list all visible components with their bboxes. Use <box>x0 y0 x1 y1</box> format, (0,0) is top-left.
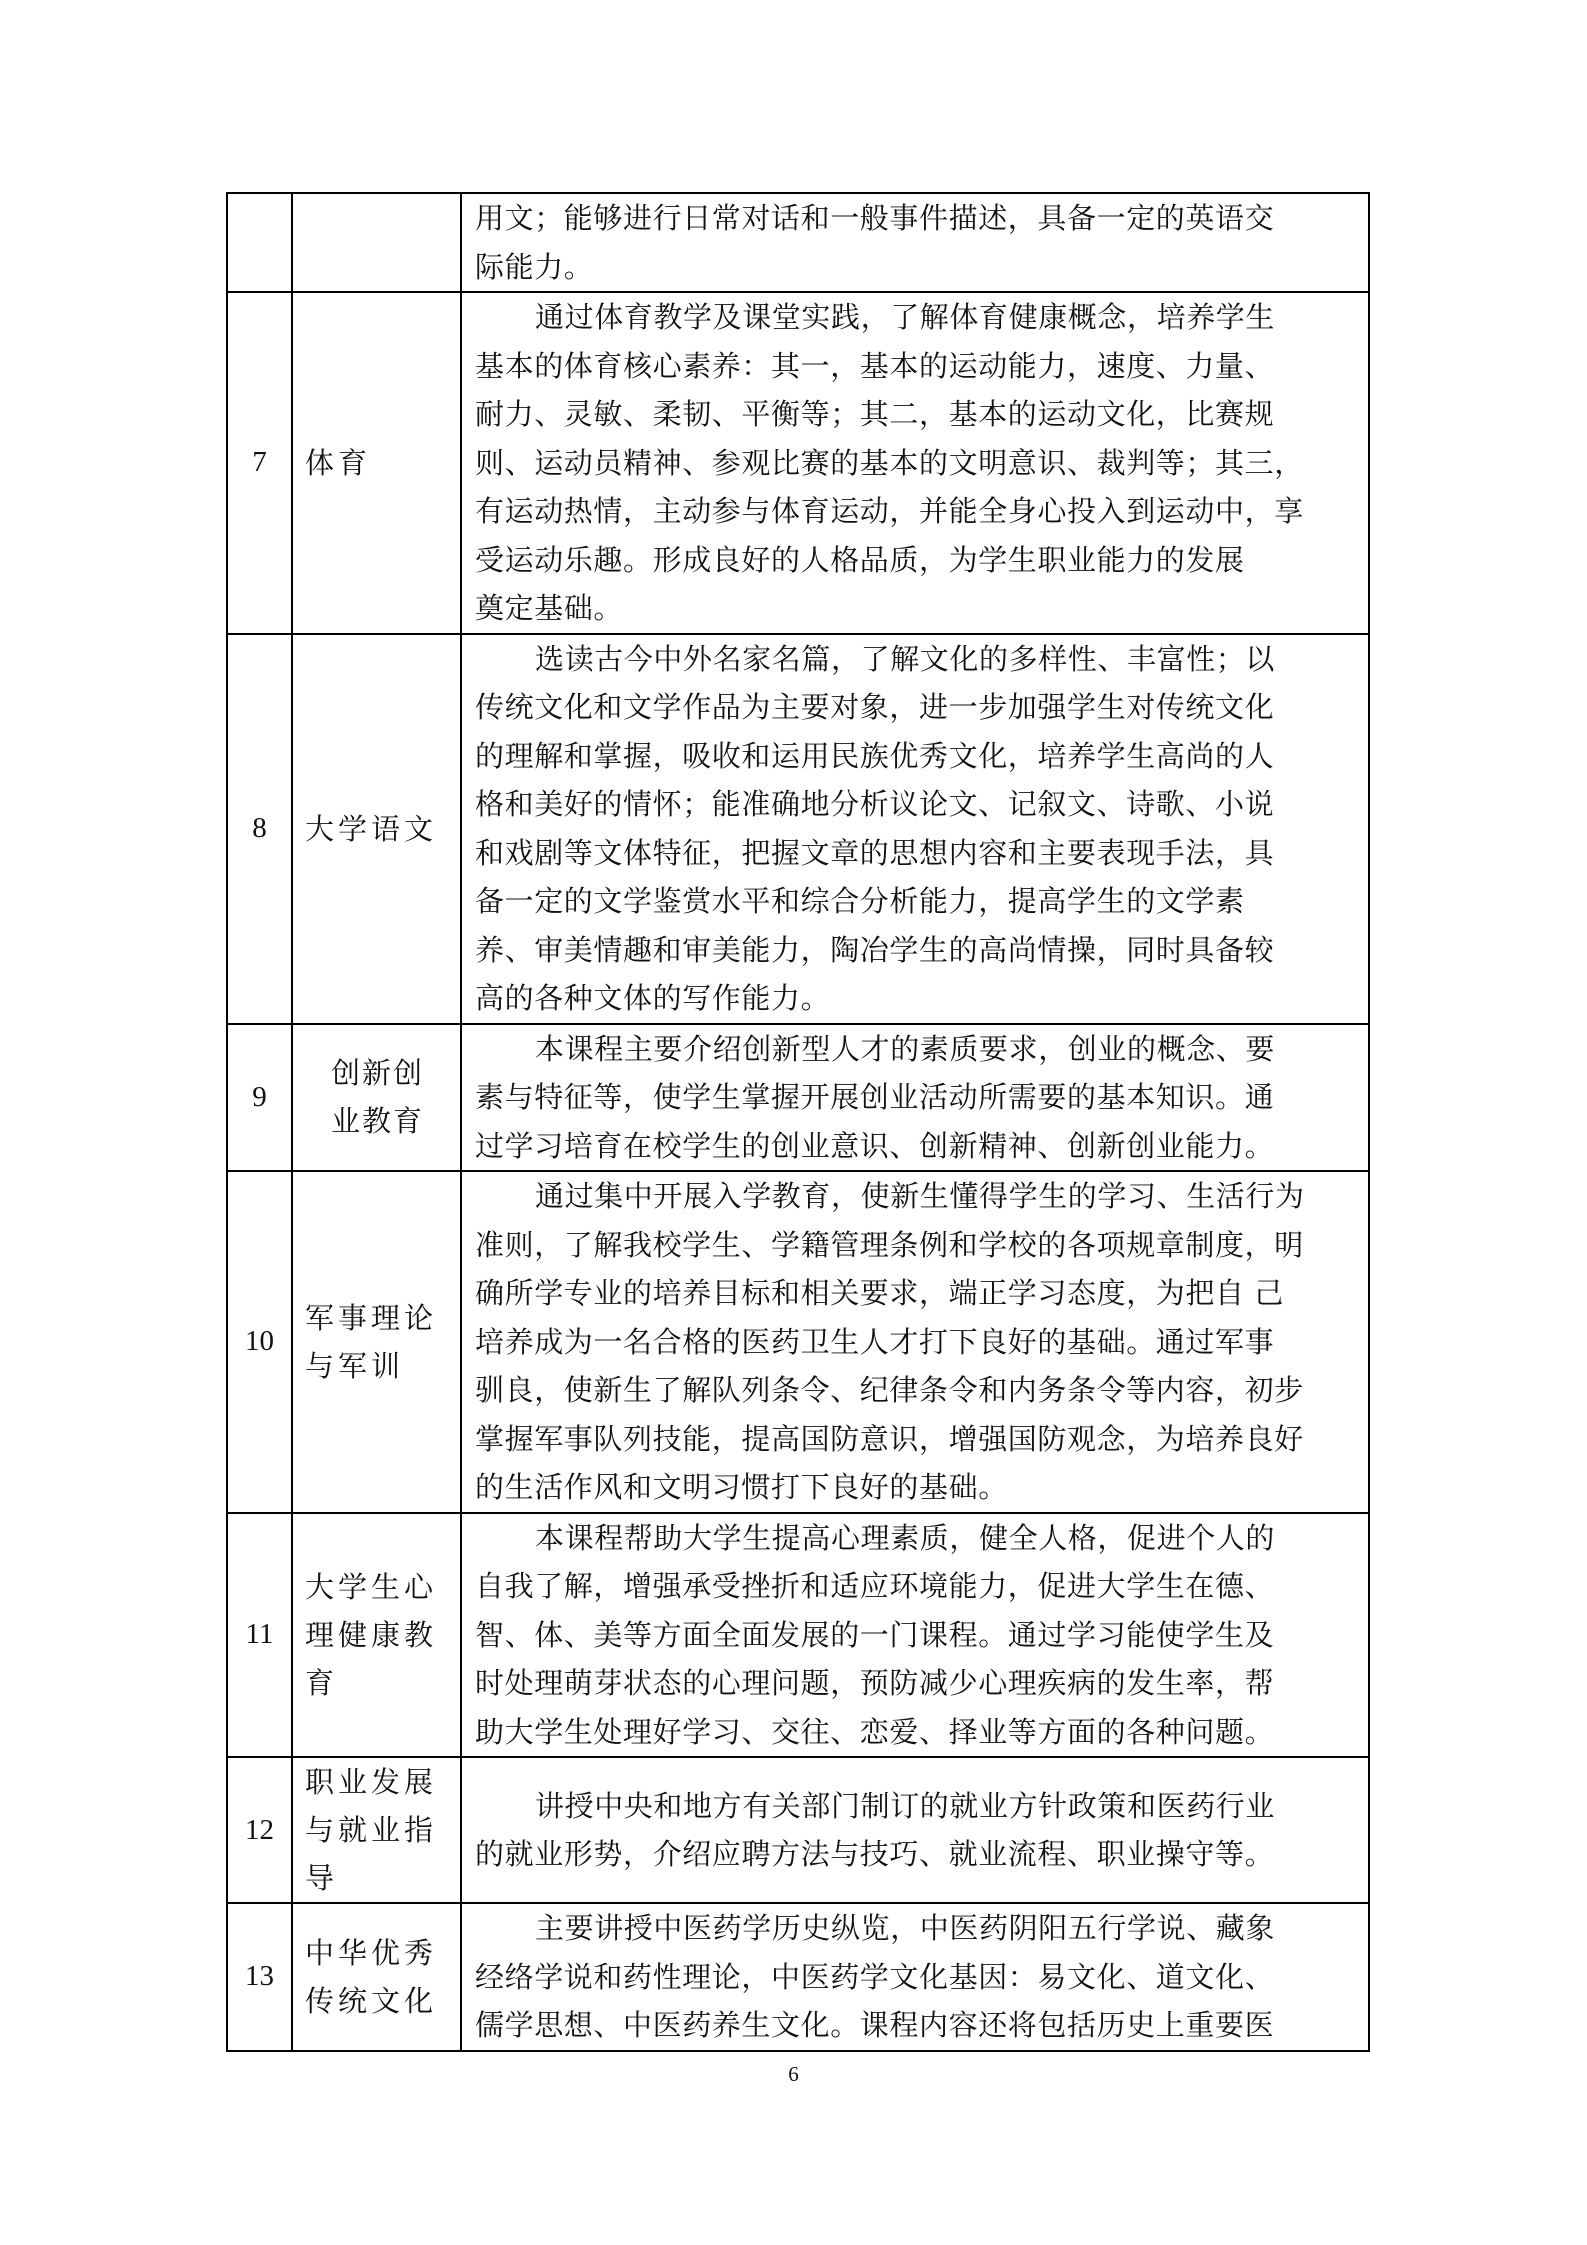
description-line: 过学习培育在校学生的创业意识、创新精神、创新创业能力。 <box>475 1122 1358 1171</box>
course-name-cell: 职业发展 与就业指 导 <box>292 1757 461 1903</box>
description-line: 用文；能够进行日常对话和一般事件描述，具备一定的英语交 <box>475 194 1358 243</box>
course-name-line: 大学生心 <box>305 1563 450 1611</box>
description-line: 素与特征等，使学生掌握开展创业活动所需要的基本知识。通 <box>475 1073 1358 1122</box>
description-line: 选读古今中外名家名篇，了解文化的多样性、丰富性；以 <box>475 635 1358 684</box>
description-line: 的生活作风和文明习惯打下良好的基础。 <box>475 1463 1358 1512</box>
course-name-line: 业教育 <box>305 1097 450 1145</box>
description-line: 的理解和掌握，吸收和运用民族优秀文化，培养学生高尚的人 <box>475 732 1358 781</box>
course-name-line: 与军训 <box>305 1342 450 1390</box>
description-line: 备一定的文学鉴赏水平和综合分析能力，提高学生的文学素 <box>475 877 1358 926</box>
description-line: 掌握军事队列技能，提高国防意识，增强国防观念，为培养良好 <box>475 1415 1358 1464</box>
course-name-cell <box>292 193 461 292</box>
description-line: 确所学专业的培养目标和相关要求，端正学习态度，为把自 己 <box>475 1269 1358 1318</box>
course-name-cell: 军事理论 与军训 <box>292 1171 461 1513</box>
course-description-cell: 主要讲授中医药学历史纵览，中医药阴阳五行学说、藏象 经络学说和药性理论，中医药学… <box>461 1903 1369 2051</box>
course-number-cell: 8 <box>227 634 292 1024</box>
table-row: 9 创新创 业教育 本课程主要介绍创新型人才的素质要求，创业的概念、要 素与特征… <box>227 1024 1369 1172</box>
course-name-cell: 中华优秀 传统文化 <box>292 1903 461 2051</box>
table-row: 用文；能够进行日常对话和一般事件描述，具备一定的英语交 际能力。 <box>227 193 1369 292</box>
course-table: 用文；能够进行日常对话和一般事件描述，具备一定的英语交 际能力。 7 体育 通过… <box>226 192 1370 2052</box>
course-description-cell: 用文；能够进行日常对话和一般事件描述，具备一定的英语交 际能力。 <box>461 193 1369 292</box>
course-name-line: 军事理论 <box>305 1294 450 1342</box>
course-name-cell: 体育 <box>292 292 461 634</box>
table-row: 7 体育 通过体育教学及课堂实践，了解体育健康概念，培养学生 基本的体育核心素养… <box>227 292 1369 634</box>
table-row: 13 中华优秀 传统文化 主要讲授中医药学历史纵览，中医药阴阳五行学说、藏象 经… <box>227 1903 1369 2051</box>
description-line: 讲授中央和地方有关部门制订的就业方针政策和医药行业 <box>475 1782 1358 1831</box>
description-line: 和戏剧等文体特征，把握文章的思想内容和主要表现手法，具 <box>475 829 1358 878</box>
description-line: 本课程帮助大学生提高心理素质，健全人格，促进个人的 <box>475 1514 1358 1563</box>
course-name-line: 中华优秀 <box>305 1929 450 1977</box>
description-line: 高的各种文体的写作能力。 <box>475 974 1358 1023</box>
description-line: 奠定基础。 <box>475 584 1358 633</box>
course-description-cell: 通过集中开展入学教育，使新生懂得学生的学习、生活行为 准则，了解我校学生、学籍管… <box>461 1171 1369 1513</box>
page-number: 6 <box>0 2062 1587 2087</box>
description-line: 的就业形势，介绍应聘方法与技巧、就业流程、职业操守等。 <box>475 1830 1358 1879</box>
course-number-cell: 7 <box>227 292 292 634</box>
description-line: 驯良，使新生了解队列条令、纪律条令和内务条令等内容，初步 <box>475 1366 1358 1415</box>
description-line: 格和美好的情怀；能准确地分析议论文、记叙文、诗歌、小说 <box>475 780 1358 829</box>
description-line: 培养成为一名合格的医药卫生人才打下良好的基础。通过军事 <box>475 1318 1358 1367</box>
course-number-cell: 13 <box>227 1903 292 2051</box>
course-name-line: 职业发展 <box>305 1758 450 1806</box>
course-number-cell: 12 <box>227 1757 292 1903</box>
description-line: 准则，了解我校学生、学籍管理条例和学校的各项规章制度，明 <box>475 1221 1358 1270</box>
course-name-line: 与就业指 <box>305 1806 450 1854</box>
course-description-cell: 通过体育教学及课堂实践，了解体育健康概念，培养学生 基本的体育核心素养：其一，基… <box>461 292 1369 634</box>
description-line: 传统文化和文学作品为主要对象，进一步加强学生对传统文化 <box>475 683 1358 732</box>
description-line: 有运动热情，主动参与体育运动，并能全身心投入到运动中，享 <box>475 487 1358 536</box>
description-line: 儒学思想、中医药养生文化。课程内容还将包括历史上重要医 <box>475 2001 1358 2050</box>
description-line: 际能力。 <box>475 243 1358 292</box>
table-row: 11 大学生心 理健康教 育 本课程帮助大学生提高心理素质，健全人格，促进个人的… <box>227 1513 1369 1758</box>
course-number-cell: 10 <box>227 1171 292 1513</box>
course-name-line: 创新创 <box>305 1049 450 1097</box>
course-description-cell: 本课程帮助大学生提高心理素质，健全人格，促进个人的 自我了解，增强承受挫折和适应… <box>461 1513 1369 1758</box>
course-description-cell: 选读古今中外名家名篇，了解文化的多样性、丰富性；以 传统文化和文学作品为主要对象… <box>461 634 1369 1024</box>
description-line: 耐力、灵敏、柔韧、平衡等；其二，基本的运动文化，比赛规 <box>475 390 1358 439</box>
course-name-cell: 大学语文 <box>292 634 461 1024</box>
description-line: 助大学生处理好学习、交往、恋爱、择业等方面的各种问题。 <box>475 1708 1358 1757</box>
course-number-cell: 11 <box>227 1513 292 1758</box>
description-line: 自我了解，增强承受挫折和适应环境能力，促进大学生在德、 <box>475 1562 1358 1611</box>
course-description-cell: 讲授中央和地方有关部门制订的就业方针政策和医药行业 的就业形势，介绍应聘方法与技… <box>461 1757 1369 1903</box>
course-name-line: 传统文化 <box>305 1977 450 2025</box>
document-page: 用文；能够进行日常对话和一般事件描述，具备一定的英语交 际能力。 7 体育 通过… <box>0 0 1587 2245</box>
description-line: 主要讲授中医药学历史纵览，中医药阴阳五行学说、藏象 <box>475 1904 1358 1953</box>
description-line: 时处理萌芽状态的心理问题，预防减少心理疾病的发生率，帮 <box>475 1659 1358 1708</box>
course-name-line: 理健康教 <box>305 1611 450 1659</box>
course-description-cell: 本课程主要介绍创新型人才的素质要求，创业的概念、要 素与特征等，使学生掌握开展创… <box>461 1024 1369 1172</box>
course-name-cell: 创新创 业教育 <box>292 1024 461 1172</box>
description-line: 养、审美情趣和审美能力，陶冶学生的高尚情操，同时具备较 <box>475 926 1358 975</box>
description-line: 通过体育教学及课堂实践，了解体育健康概念，培养学生 <box>475 293 1358 342</box>
description-line: 经络学说和药性理论，中医药学文化基因：易文化、道文化、 <box>475 1953 1358 2002</box>
description-line: 本课程主要介绍创新型人才的素质要求，创业的概念、要 <box>475 1025 1358 1074</box>
course-number-cell: 9 <box>227 1024 292 1172</box>
description-line: 基本的体育核心素养：其一，基本的运动能力，速度、力量、 <box>475 342 1358 391</box>
course-name-cell: 大学生心 理健康教 育 <box>292 1513 461 1758</box>
table-row: 10 军事理论 与军训 通过集中开展入学教育，使新生懂得学生的学习、生活行为 准… <box>227 1171 1369 1513</box>
description-line: 受运动乐趣。形成良好的人格品质，为学生职业能力的发展 <box>475 536 1358 585</box>
course-name-line: 育 <box>305 1659 450 1707</box>
course-name-line: 导 <box>305 1854 450 1902</box>
table-row: 8 大学语文 选读古今中外名家名篇，了解文化的多样性、丰富性；以 传统文化和文学… <box>227 634 1369 1024</box>
table-row: 12 职业发展 与就业指 导 讲授中央和地方有关部门制订的就业方针政策和医药行业… <box>227 1757 1369 1903</box>
description-line: 通过集中开展入学教育，使新生懂得学生的学习、生活行为 <box>475 1172 1358 1221</box>
description-line: 智、体、美等方面全面发展的一门课程。通过学习能使学生及 <box>475 1611 1358 1660</box>
description-line: 则、运动员精神、参观比赛的基本的文明意识、裁判等；其三， <box>475 439 1358 488</box>
course-number-cell <box>227 193 292 292</box>
